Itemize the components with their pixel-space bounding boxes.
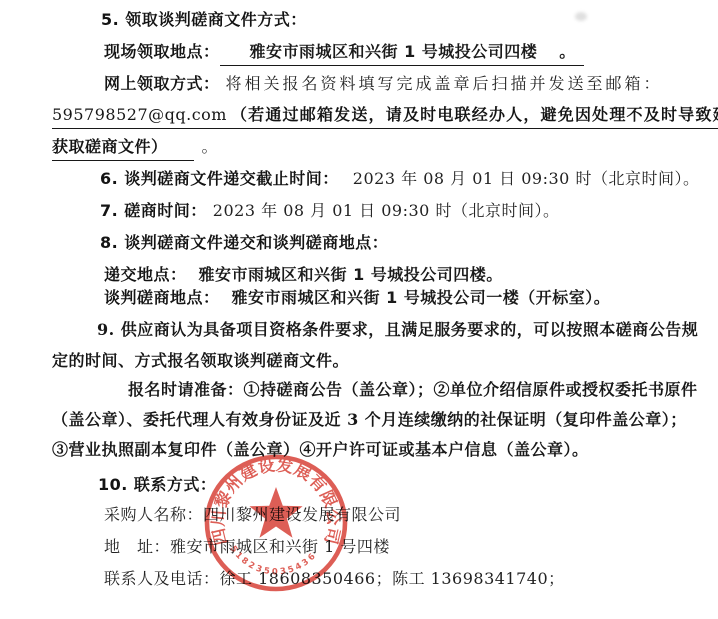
item5-heading-line: 5. 领取谈判磋商文件方式： bbox=[101, 9, 307, 31]
onsite-location-value: 雅安市雨城区和兴街 1 号城投公司四楼 bbox=[250, 42, 538, 61]
item8-heading-line: 8. 谈判磋商文件递交和谈判磋商地点： bbox=[100, 232, 388, 254]
prep-text1: 报名时请准备：①持磋商公告（盖公章）；②单位介绍信原件或授权委托书原件 bbox=[128, 380, 698, 399]
item6-line: 6. 谈判磋商文件递交截止时间：2023 年 08 月 01 日 09:30 时… bbox=[100, 168, 699, 190]
item8-heading: 8. 谈判磋商文件递交和谈判磋商地点： bbox=[100, 233, 388, 252]
email-note-line2: 获取磋商文件） bbox=[52, 137, 168, 156]
submit-location-label: 递交地点： bbox=[104, 265, 187, 284]
item7-line: 7. 磋商时间：2023 年 08 月 01 日 09:30 时（北京时间）。 bbox=[100, 200, 559, 222]
address-label: 地 址： bbox=[104, 537, 170, 556]
submit-location-value: 雅安市雨城区和兴街 1 号城投公司四楼。 bbox=[199, 265, 503, 284]
item6-label: 6. 谈判磋商文件递交截止时间： bbox=[100, 169, 339, 188]
purchaser-label: 采购人名称： bbox=[104, 505, 203, 524]
scan-artifact bbox=[575, 12, 587, 21]
email-address: 595798527@qq.com bbox=[52, 105, 227, 124]
online-method-label: 网上领取方式： bbox=[104, 74, 220, 93]
item6-value: 2023 年 08 月 01 日 09:30 时（北京时间）。 bbox=[353, 169, 700, 188]
item10-heading-line: 10. 联系方式： bbox=[98, 474, 216, 496]
seal-company-text: 四川黎州建设发展有限公司 bbox=[209, 454, 344, 547]
email-note-line2-row: 获取磋商文件）。 bbox=[52, 136, 218, 161]
document-page: 5. 领取谈判磋商文件方式： 现场领取地点：雅安市雨城区和兴街 1 号城投公司四… bbox=[0, 0, 718, 619]
submit-location-line: 递交地点：雅安市雨城区和兴街 1 号城投公司四楼。 bbox=[104, 264, 503, 286]
venue-value: 雅安市雨城区和兴街 1 号城投公司一楼（开标室）。 bbox=[232, 288, 611, 307]
online-method-desc: 将相关报名资料填写完成盖章后扫描并发送至邮箱： bbox=[226, 74, 663, 93]
item9-text2: 定的时间、方式报名领取谈判磋商文件。 bbox=[52, 351, 349, 370]
address-value: 雅安市雨城区和兴街 1 号四楼 bbox=[170, 537, 390, 556]
item7-label: 7. 磋商时间： bbox=[100, 201, 207, 220]
onsite-location-period: 。 bbox=[559, 42, 576, 61]
purchaser-value: 四川黎州建设发展有限公司 bbox=[203, 505, 401, 524]
email-line: 595798527@qq.com（若通过邮箱发送，请及时电联经办人，避免因处理不… bbox=[52, 104, 718, 129]
prep-line1: 报名时请准备：①持磋商公告（盖公章）；②单位介绍信原件或授权委托书原件 bbox=[128, 379, 698, 401]
item9-text1: 9. 供应商认为具备项目资格条件要求，且满足服务要求的，可以按照本磋商公告规 bbox=[97, 320, 698, 339]
address-line: 地 址：雅安市雨城区和兴街 1 号四楼 bbox=[104, 536, 390, 558]
purchaser-line: 采购人名称：四川黎州建设发展有限公司 bbox=[104, 504, 401, 526]
contact-label: 联系人及电话： bbox=[104, 569, 220, 588]
item9-line2: 定的时间、方式报名领取谈判磋商文件。 bbox=[52, 350, 349, 372]
online-method-line: 网上领取方式：将相关报名资料填写完成盖章后扫描并发送至邮箱： bbox=[104, 73, 663, 95]
onsite-location-line: 现场领取地点：雅安市雨城区和兴街 1 号城投公司四楼。 bbox=[104, 41, 584, 66]
contact-line: 联系人及电话：徐工 18608350466；陈工 13698341740； bbox=[104, 568, 565, 590]
venue-line: 谈判磋商地点：雅安市雨城区和兴街 1 号城投公司一楼（开标室）。 bbox=[104, 287, 610, 309]
email-underline: 595798527@qq.com（若通过邮箱发送，请及时电联经办人，避免因处理不… bbox=[52, 104, 718, 129]
email-note-period: 。 bbox=[202, 137, 219, 156]
prep-text3: ③营业执照副本复印件（盖公章）④开户许可证或基本户信息（盖公章）。 bbox=[52, 440, 589, 459]
venue-label: 谈判磋商地点： bbox=[104, 288, 220, 307]
prep-line3: ③营业执照副本复印件（盖公章）④开户许可证或基本户信息（盖公章）。 bbox=[52, 439, 589, 461]
contact-value: 徐工 18608350466；陈工 13698341740； bbox=[220, 569, 565, 588]
prep-text2: （盖公章）、委托代理人有效身份证及近 3 个月连续缴纳的社保证明（复印件盖公章）… bbox=[52, 410, 687, 429]
item5-heading: 5. 领取谈判磋商文件方式： bbox=[101, 10, 307, 29]
email-note-line1: （若通过邮箱发送，请及时电联经办人，避免因处理不及时导致延迟 bbox=[231, 105, 718, 124]
item10-heading: 10. 联系方式： bbox=[98, 475, 216, 494]
onsite-location-underline: 雅安市雨城区和兴街 1 号城投公司四楼。 bbox=[220, 41, 584, 66]
item9-line1: 9. 供应商认为具备项目资格条件要求，且满足服务要求的，可以按照本磋商公告规 bbox=[97, 319, 698, 341]
onsite-location-label: 现场领取地点： bbox=[104, 42, 220, 61]
prep-line2: （盖公章）、委托代理人有效身份证及近 3 个月连续缴纳的社保证明（复印件盖公章）… bbox=[52, 409, 687, 431]
item7-value: 2023 年 08 月 01 日 09:30 时（北京时间）。 bbox=[213, 201, 560, 220]
email-note-underline2: 获取磋商文件） bbox=[52, 136, 194, 161]
